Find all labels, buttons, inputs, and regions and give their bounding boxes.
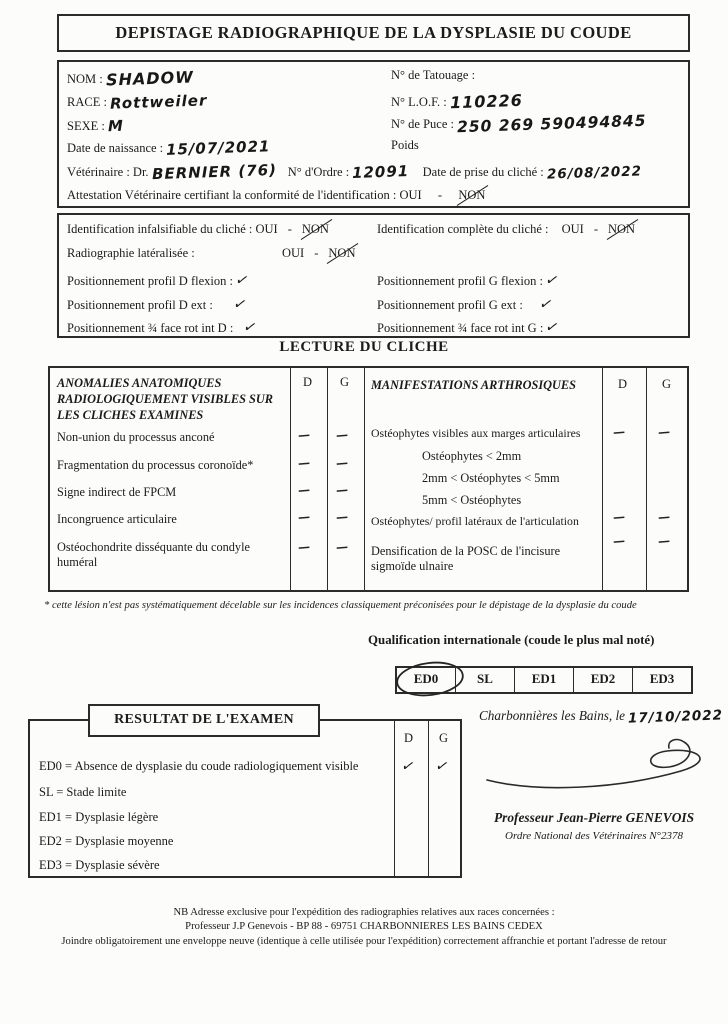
arthrose-row-d-mark: — (612, 534, 625, 549)
scanned-form-page: DEPISTAGE RADIOGRAPHIQUE DE LA DYSPLASIE… (0, 0, 728, 1024)
controls-box: Identification infalsifiable du cliché :… (57, 213, 690, 338)
identity-box: NOM : SHADOW RACE : Rottweiler SEXE : M … (57, 60, 690, 208)
row-pos-g-flexion: Positionnement profil G flexion : ✓ (377, 271, 559, 289)
resultat-item: ED0 = Absence de dysplasie du coude radi… (39, 759, 358, 774)
radio-lateralisee-label: Radiographie latéralisée : (67, 246, 195, 260)
ordre-value: 12091 (352, 162, 410, 182)
arthrose-row-d-mark: — (612, 425, 625, 440)
row-pos-d-ext: Positionnement profil D ext : ✓ (67, 295, 247, 313)
anomaly-row-label: Non-union du processus anconé (57, 430, 214, 445)
tatouage-label: N° de Tatouage : (391, 68, 475, 82)
pos-d-ext-check: ✓ (231, 294, 249, 313)
selected-grade-circle (390, 654, 474, 702)
left-col-g-header: G (340, 375, 349, 390)
separator-dash: - (288, 222, 292, 236)
nom-value: SHADOW (106, 67, 194, 89)
pos-d-flexion-check: ✓ (233, 270, 251, 289)
race-label: RACE : (67, 95, 107, 109)
pos-34-g-check: ✓ (544, 317, 562, 336)
row-pos-g-ext: Positionnement profil G ext : ✓ (377, 295, 553, 313)
ident-complete-oui-non: OUI-NON (562, 222, 635, 236)
cliche-date-value: 26/08/2022 (547, 163, 643, 182)
pos-g-flexion-label: Positionnement profil G flexion : (377, 274, 543, 288)
qualification-title: Qualification internationale (coude le p… (368, 633, 654, 648)
pos-34-g-label: Positionnement ¾ face rot int G : (377, 321, 543, 335)
lecture-table: D G D G ANOMALIES ANATOMIQUES RADIOLOGIQ… (48, 366, 689, 592)
arthrose-row-label: 2mm < Ostéophytes < 5mm (422, 471, 560, 486)
row-pos-34-g: Positionnement ¾ face rot int G : ✓ (377, 318, 559, 336)
oui-option: OUI (562, 222, 584, 236)
naissance-value: 15/07/2021 (166, 137, 271, 159)
non-option-struck: NON (328, 246, 355, 261)
veterinaire-value: BERNIER (76) (151, 161, 277, 183)
anomaly-row-g-mark: — (335, 428, 348, 443)
anomaly-row-g-mark: — (335, 483, 348, 498)
field-veterinaire: Vétérinaire : Dr. BERNIER (76) N° d'Ordr… (67, 162, 642, 180)
footnote: * cette lésion n'est pas systématiquemen… (44, 600, 692, 611)
oui-option: OUI (255, 222, 277, 236)
anomaly-row-d-mark: — (297, 456, 310, 471)
signature-date-value: 17/10/2022 (628, 707, 724, 726)
resultat-title: RESULTAT DE L'EXAMEN (90, 706, 318, 734)
ordre-label: N° d'Ordre : (288, 165, 349, 179)
pos-g-flexion-check: ✓ (543, 270, 561, 289)
attestation-label: Attestation Vétérinaire certifiant la co… (67, 188, 396, 202)
resultat-d-check: ✓ (399, 756, 417, 775)
table-divider (394, 721, 395, 876)
arthrose-row-label: Densification de la POSC de l'incisure s… (371, 544, 591, 574)
anomaly-row-d-mark: — (297, 428, 310, 443)
table-divider (602, 368, 603, 590)
veterinaire-label: Vétérinaire : Dr. (67, 165, 149, 179)
signer-order-number: Ordre National des Vétérinaires N°2378 (505, 830, 683, 842)
anomaly-row-label: Fragmentation du processus coronoïde* (57, 458, 253, 473)
resultat-item: ED3 = Dysplasie sévère (39, 858, 160, 873)
arthrose-row-label: Ostéophytes visibles aux marges articula… (371, 426, 580, 441)
nom-label: NOM : (67, 72, 103, 86)
grade-cell-ed3: ED3 (632, 668, 691, 692)
separator-dash: - (594, 222, 598, 236)
footer-envelope-line: Joindre obligatoirement une enveloppe ne… (0, 935, 728, 949)
anomaly-row-d-mark: — (297, 510, 310, 525)
arthrose-row-label: 5mm < Ostéophytes (422, 493, 521, 508)
race-value: Rottweiler (110, 91, 208, 112)
sexe-label: SEXE : (67, 119, 105, 133)
table-divider (646, 368, 647, 590)
signature-scribble (483, 736, 721, 798)
pos-g-ext-label: Positionnement profil G ext : (377, 298, 523, 312)
lecture-section-title: LECTURE DU CLICHE (279, 339, 448, 355)
resultat-item: ED2 = Dysplasie moyenne (39, 834, 173, 849)
arthrose-row-label: Ostéophytes < 2mm (422, 449, 521, 464)
resultat-item: ED1 = Dysplasie légère (39, 810, 158, 825)
sexe-value: M (108, 117, 125, 136)
cliche-date-label: Date de prise du cliché : (423, 165, 544, 179)
non-option-struck: NON (458, 188, 485, 203)
ident-infalsifiable-label: Identification infalsifiable du cliché : (67, 222, 252, 236)
anomaly-row-d-mark: — (297, 540, 310, 555)
arthrose-row-d-mark: — (612, 510, 625, 525)
non-option-struck: NON (302, 222, 329, 237)
anomaly-row-g-mark: — (335, 540, 348, 555)
row-pos-34-d: Positionnement ¾ face rot int D : ✓ (67, 318, 257, 336)
puce-value: 250 269 590494845 (457, 112, 647, 137)
field-lof: N° L.O.F. : 110226 (391, 91, 523, 110)
arthrose-row-g-mark: — (657, 534, 670, 549)
resultat-box: D G ✓ ✓ ED0 = Absence de dysplasie du co… (28, 719, 462, 878)
footer-address-line: Professeur J.P Genevois - BP 88 - 69751 … (0, 920, 728, 934)
resultat-col-g-header: G (439, 731, 448, 746)
resultat-col-d-header: D (404, 731, 413, 746)
arthrose-row-label: Ostéophytes/ profil latéraux de l'articu… (371, 514, 579, 529)
row-ident-infalsifiable: Identification infalsifiable du cliché :… (67, 222, 329, 237)
anomaly-row-label: Incongruence articulaire (57, 512, 177, 527)
field-tatouage: N° de Tatouage : (391, 68, 475, 83)
anomaly-row-label: Signe indirect de FPCM (57, 485, 176, 500)
table-divider (364, 368, 365, 590)
attestation-oui-non: OUI - NON (399, 188, 485, 202)
field-puce: N° de Puce : 250 269 590494845 (391, 114, 647, 132)
field-attestation: Attestation Vétérinaire certifiant la co… (67, 188, 485, 203)
naissance-label: Date de naissance : (67, 141, 163, 155)
anomaly-row-g-mark: — (335, 510, 348, 525)
arthrose-row-g-mark: — (657, 425, 670, 440)
arthrose-header: MANIFESTATIONS ARTHROSIQUES (371, 377, 576, 393)
signature-place-line: Charbonnières les Bains, le 17/10/2022 (479, 708, 723, 724)
separator-dash: - (314, 246, 318, 260)
field-naissance: Date de naissance : 15/07/2021 (67, 138, 271, 156)
resultat-item: SL = Stade limite (39, 785, 126, 800)
signer-order-wrap: Ordre National des Vétérinaires N°2378 (462, 828, 726, 843)
footer-note-line1: NB Adresse exclusive pour l'expédition d… (0, 906, 728, 920)
row-ident-complete: Identification complète du cliché : OUI-… (377, 222, 635, 237)
table-divider (290, 368, 291, 590)
signature-place-label: Charbonnières les Bains, le (479, 708, 625, 723)
form-title-box: DEPISTAGE RADIOGRAPHIQUE DE LA DYSPLASIE… (57, 14, 690, 52)
field-race: RACE : Rottweiler (67, 92, 207, 110)
pos-34-d-check: ✓ (242, 317, 260, 336)
grade-cell-ed1: ED1 (514, 668, 573, 692)
resultat-title-box: RESULTAT DE L'EXAMEN (88, 704, 320, 737)
form-title: DEPISTAGE RADIOGRAPHIQUE DE LA DYSPLASIE… (59, 16, 688, 50)
row-pos-d-flexion: Positionnement profil D flexion : ✓ (67, 271, 249, 289)
separator-dash: - (438, 188, 442, 202)
anomaly-row-d-mark: — (297, 483, 310, 498)
resultat-g-check: ✓ (433, 756, 451, 775)
anomaly-row-g-mark: — (335, 456, 348, 471)
non-option-struck: NON (608, 222, 635, 237)
lof-value: 110226 (450, 91, 523, 113)
ident-infalsifiable-oui-non: OUI-NON (255, 222, 328, 236)
right-col-g-header: G (662, 377, 671, 392)
lof-label: N° L.O.F. : (391, 95, 447, 109)
field-sexe: SEXE : M (67, 116, 124, 134)
grade-cell-ed2: ED2 (573, 668, 632, 692)
oui-option: OUI (399, 188, 421, 202)
field-nom: NOM : SHADOW (67, 68, 194, 87)
puce-label: N° de Puce : (391, 117, 454, 131)
pos-d-flexion-label: Positionnement profil D flexion : (67, 274, 233, 288)
row-radio-lateralisee: Radiographie latéralisée : OUI-NON (67, 246, 195, 261)
pos-d-ext-label: Positionnement profil D ext : (67, 298, 213, 312)
lecture-section-title-wrap: LECTURE DU CLICHE (0, 339, 728, 356)
oui-option: OUI (282, 246, 304, 260)
left-col-d-header: D (303, 375, 312, 390)
ident-complete-label: Identification complète du cliché : (377, 222, 548, 236)
right-col-d-header: D (618, 377, 627, 392)
signer-name-wrap: Professeur Jean-Pierre GENEVOIS (462, 810, 726, 826)
anomaly-row-label: Ostéochondrite disséquante du condyle hu… (57, 540, 279, 570)
anomalies-header: ANOMALIES ANATOMIQUES RADIOLOGIQUEMENT V… (57, 375, 279, 423)
table-divider (327, 368, 328, 590)
field-poids: Poids (391, 138, 419, 153)
poids-label: Poids (391, 138, 419, 152)
signer-name: Professeur Jean-Pierre GENEVOIS (494, 810, 694, 825)
table-divider (428, 721, 429, 876)
radio-lateralisee-oui-non: OUI-NON (282, 246, 355, 261)
pos-34-d-label: Positionnement ¾ face rot int D : (67, 321, 233, 335)
pos-g-ext-check: ✓ (537, 294, 555, 313)
arthrose-row-g-mark: — (657, 510, 670, 525)
